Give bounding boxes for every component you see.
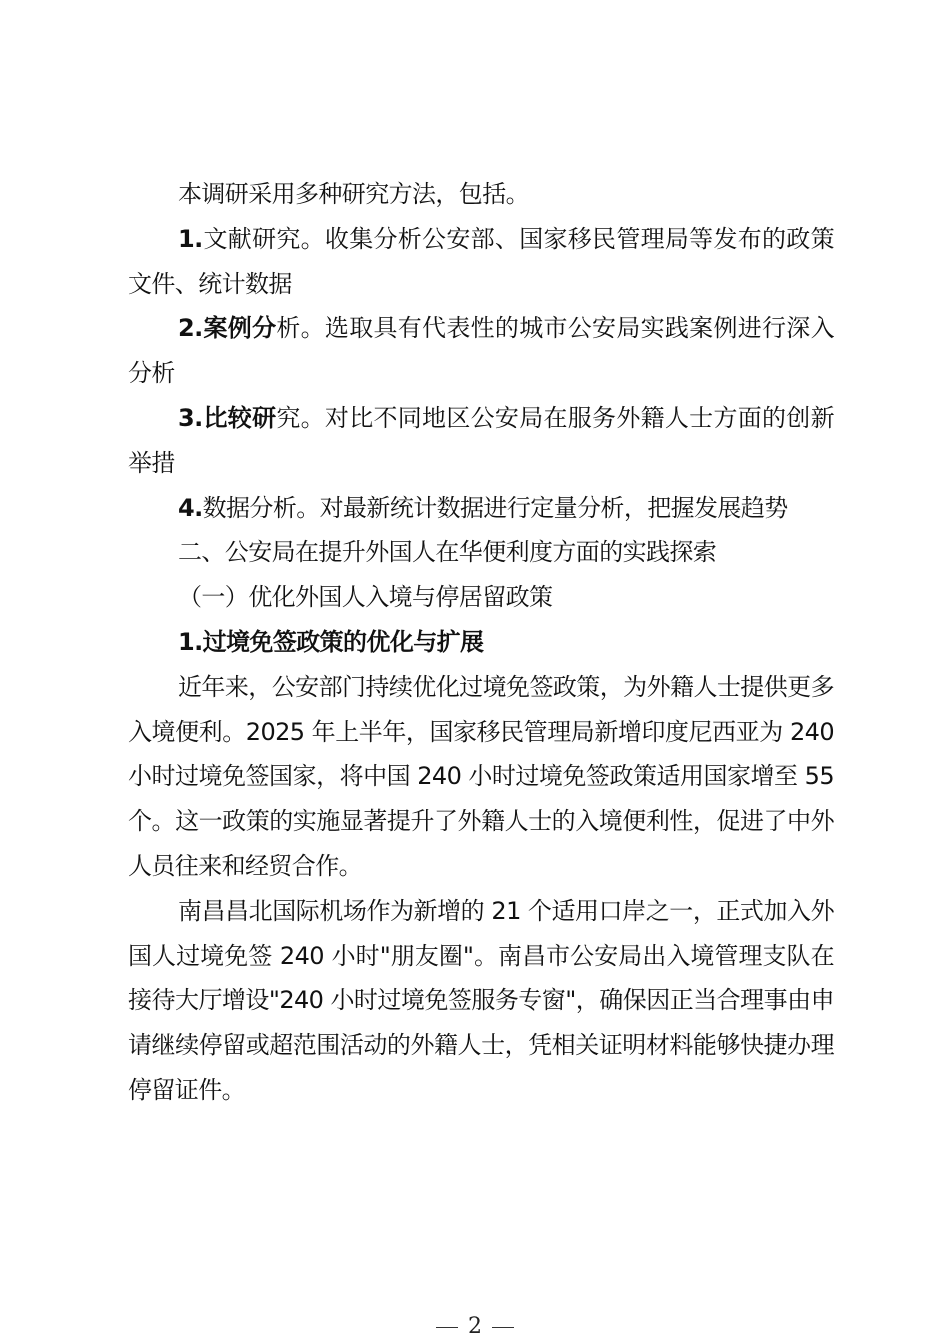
- heading-text: 二、公安局在提升外国人在华便利度方面的实践探索: [178, 538, 716, 566]
- subsection-heading-2-1: （一）优化外国人入境与停居留政策: [128, 575, 834, 620]
- paragraph-text: 南昌昌北国际机场作为新增的 21 个适用口岸之一，正式加入外国人过境免签 240…: [128, 897, 834, 1104]
- paragraph-method-comparative: 3.比较研究。对比不同地区公安局在服务外籍人士方面的创新举措: [128, 396, 834, 486]
- document-page: 本调研采用多种研究方法，包括。 1.文献研究。收集分析公安部、国家移民管理局等发…: [128, 172, 834, 1113]
- page-number: 2: [468, 1314, 482, 1339]
- paragraph-bold-prefix: 2.案例分: [178, 314, 276, 342]
- footer-dash-left: [436, 1327, 458, 1328]
- paragraph-text: 数据分析。对最新统计数据进行定量分析，把握发展趋势: [203, 494, 788, 522]
- paragraph-text: 近年来，公安部门持续优化过境免签政策，为外籍人士提供更多入境便利。2025 年上…: [128, 673, 834, 880]
- section-heading-2: 二、公安局在提升外国人在华便利度方面的实践探索: [128, 530, 834, 575]
- paragraph-text: 本调研采用多种研究方法，包括。: [178, 180, 529, 208]
- paragraph-bold-prefix: 4.: [178, 494, 203, 522]
- paragraph-transit-visa-policy: 近年来，公安部门持续优化过境免签政策，为外籍人士提供更多入境便利。2025 年上…: [128, 665, 834, 889]
- footer-dash-right: [492, 1327, 514, 1328]
- paragraph-bold-prefix: 1.: [178, 225, 203, 253]
- page-footer: 2: [0, 1314, 950, 1339]
- paragraph-method-literature: 1.文献研究。收集分析公安部、国家移民管理局等发布的政策文件、统计数据: [128, 217, 834, 307]
- heading-bold-text: 1.过境免签政策的优化与扩展: [178, 628, 483, 656]
- paragraph-nanchang-airport: 南昌昌北国际机场作为新增的 21 个适用口岸之一，正式加入外国人过境免签 240…: [128, 889, 834, 1113]
- paragraph-text: 文献研究。收集分析公安部、国家移民管理局等发布的政策文件、统计数据: [128, 225, 834, 298]
- sub-subsection-heading-transit-visa: 1.过境免签政策的优化与扩展: [128, 620, 834, 665]
- heading-text: （一）优化外国人入境与停居留政策: [178, 583, 552, 611]
- paragraph-method-data-analysis: 4.数据分析。对最新统计数据进行定量分析，把握发展趋势: [128, 486, 834, 531]
- paragraph-bold-prefix: 3.比较研: [178, 404, 276, 432]
- paragraph-research-methods-intro: 本调研采用多种研究方法，包括。: [128, 172, 834, 217]
- paragraph-method-case-study: 2.案例分析。选取具有代表性的城市公安局实践案例进行深入分析: [128, 306, 834, 396]
